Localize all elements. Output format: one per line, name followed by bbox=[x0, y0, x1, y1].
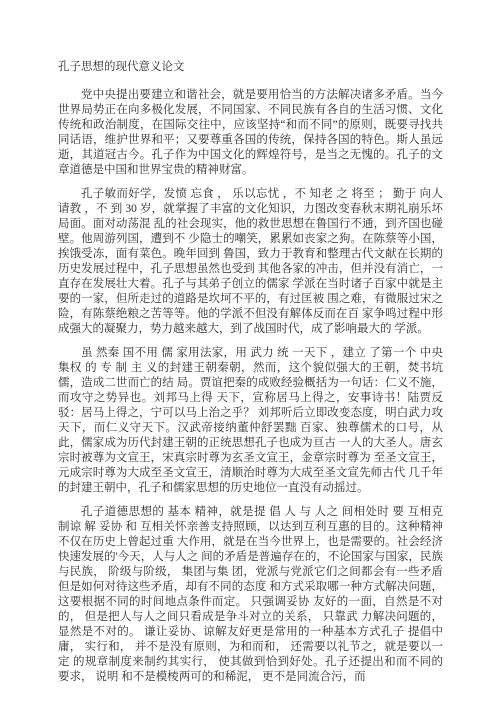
document-title: 孔子思想的现代意义论文 bbox=[58, 60, 443, 75]
paragraph-confucius-life: 孔子敏而好学，发愤 忘食 ， 乐以忘忧 ，不 知老 之 将至 ； 勤于 向人请教… bbox=[58, 187, 443, 337]
paragraph-moral-spirit: 孔子道德思想的 基本 精神，就是提 倡 人 与 人之 间相处时 要 互相克 制谅… bbox=[58, 505, 443, 685]
paragraph-intro-harmonious-society: 党中央提出要建立和谐社会，就是要用恰当的方法解决诸多矛盾。当今世界局势正在向多极… bbox=[58, 88, 443, 178]
document-page: 孔子思想的现代意义论文 党中央提出要建立和谐社会，就是要用恰当的方法解决诸多矛盾… bbox=[0, 0, 500, 707]
paragraph-qin-han-history: 虽 然秦 国不用 儒 家用法家，用 武力 统 一天下 ，建立 了第一个 中央集权… bbox=[58, 346, 443, 496]
